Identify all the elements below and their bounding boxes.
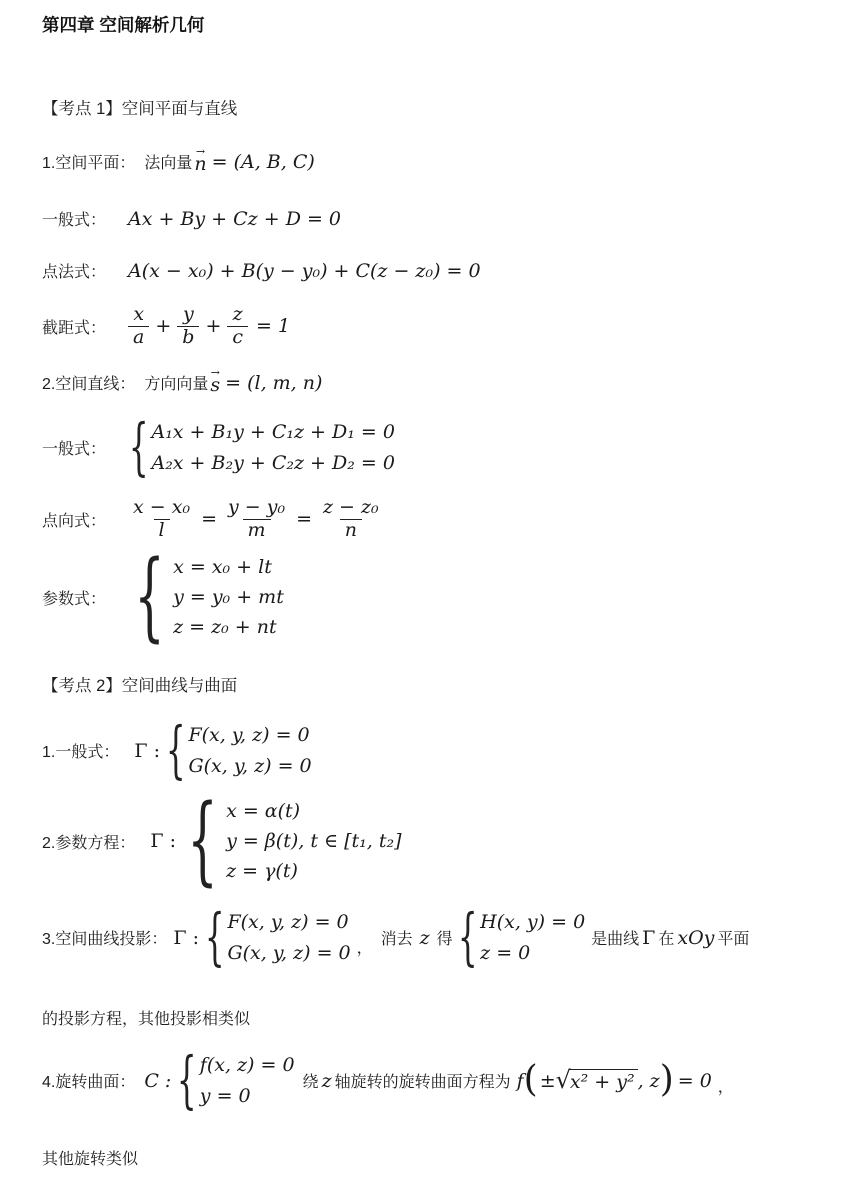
line-lead-text: 2.空间直线： — [42, 371, 135, 394]
numerator: z — [228, 304, 248, 326]
equals-operator: = — [201, 508, 217, 530]
projection-tail-text: 是曲线 — [591, 926, 639, 949]
curve-general-line: 1.一般式： Γ : { F(x, y, z) = 0 G(x, y, z) =… — [42, 724, 312, 777]
plane-lead-text: 1.空间平面： — [42, 150, 135, 173]
rotation-function: f — [517, 1070, 524, 1092]
projection-tail-text: 平面 — [717, 926, 749, 949]
curve-parametric-line: 2.参数方程： Γ : { x = α(t) y = β(t), t ∈ [t₁… — [42, 800, 402, 882]
radicand: x² + y² — [569, 1069, 638, 1093]
equation-1: x = α(t) — [226, 800, 401, 822]
denominator: l — [154, 519, 170, 542]
comma: ， — [357, 935, 373, 958]
equation-1: x = x₀ + lt — [173, 556, 284, 578]
denominator: n — [340, 519, 362, 542]
denominator: a — [128, 326, 149, 349]
numerator: z − z₀ — [318, 497, 384, 519]
line-intro-line: 2.空间直线： 方向向量 → s = (l, m, n) — [42, 371, 322, 395]
rotation-lead-text: 4.旋转曲面： — [42, 1069, 135, 1092]
left-brace: { — [177, 1054, 197, 1107]
xoy-plane-symbol: xOy — [677, 927, 714, 949]
numerator: y − y₀ — [223, 497, 290, 519]
denominator: c — [227, 326, 248, 349]
form-label: 点向式： — [42, 508, 106, 531]
fraction-z: z − z₀ n — [318, 497, 384, 542]
equation-system: { F(x, y, z) = 0 G(x, y, z) = 0 — [204, 911, 351, 964]
vector-rhs: = (l, m, n) — [225, 372, 322, 394]
document-page: 第四章 空间解析几何 【考点 1】空间平面与直线 1.空间平面： 法向量 → n… — [0, 0, 864, 1200]
form-label: 一般式： — [42, 207, 106, 230]
plane-intro-line: 1.空间平面： 法向量 → n = (A, B, C) — [42, 150, 315, 174]
fraction-y: y − y₀ m — [223, 497, 290, 542]
left-brace: { — [129, 421, 149, 474]
fraction-z-c: z c — [227, 304, 248, 349]
numerator: x — [128, 304, 149, 326]
left-brace: { — [458, 911, 478, 964]
denominator: m — [243, 519, 271, 542]
equation-1: f(x, z) = 0 — [200, 1054, 295, 1076]
rotation-mid-text: 绕 — [303, 1069, 319, 1092]
rotation-continuation-line: 其他旋转类似 — [42, 1146, 138, 1169]
equation-3: z = z₀ + nt — [173, 616, 284, 638]
form-label: 截距式： — [42, 315, 106, 338]
chapter-title: 第四章 空间解析几何 — [42, 12, 204, 37]
equation-2: z = 0 — [480, 942, 585, 964]
right-paren: ) — [660, 1066, 674, 1095]
form-label: 参数式： — [42, 586, 106, 609]
equation-2: y = y₀ + mt — [173, 586, 284, 608]
equation-2: G(x, y, z) = 0 — [227, 942, 350, 964]
equation-2: G(x, y, z) = 0 — [188, 755, 311, 777]
plus-operator: + — [155, 315, 171, 337]
equation-2: y = 0 — [200, 1085, 295, 1107]
vector-s: → s — [210, 371, 220, 395]
line-general-form-line: 一般式： { A₁x + B₁y + C₁z + D₁ = 0 A₂x + B₂… — [42, 421, 395, 474]
vector-letter: s — [210, 376, 220, 395]
equation-1: F(x, y, z) = 0 — [188, 724, 311, 746]
eliminate-text: 消去 — [381, 926, 413, 949]
equation-2: A₂x + B₂y + C₂z + D₂ = 0 — [151, 452, 394, 474]
intercept-form-line: 截距式： x a + y b + z c = 1 — [42, 304, 290, 349]
parametric-form-line: 参数式： { x = x₀ + lt y = y₀ + mt z = z₀ + … — [42, 556, 284, 638]
point-normal-form-line: 点法式： A(x − x₀) + B(y − y₀) + C(z − z₀) =… — [42, 259, 481, 282]
left-paren: ( — [524, 1066, 538, 1095]
rotation-line: 4.旋转曲面： C : { f(x, z) = 0 y = 0 绕 z 轴旋转的… — [42, 1054, 738, 1107]
plane-general-form-line: 一般式： Ax + By + Cz + D = 0 — [42, 207, 341, 230]
left-brace: { — [166, 724, 186, 777]
axis-variable: z — [322, 1070, 332, 1092]
equals-operator: = — [296, 508, 312, 530]
fraction-y-b: y b — [177, 304, 199, 349]
equation-system: { A₁x + B₁y + C₁z + D₁ = 0 A₂x + B₂y + C… — [128, 421, 395, 474]
projection-continuation-line: 的投影方程，其他投影相类似 — [42, 1006, 250, 1029]
kp1-heading: 【考点 1】空间平面与直线 — [42, 95, 237, 119]
normal-vector-label: 法向量 — [144, 150, 192, 173]
equation-system: { x = α(t) y = β(t), t ∈ [t₁, t₂] z = γ(… — [181, 800, 402, 882]
form-label: 点法式： — [42, 259, 106, 282]
fraction-x: x − x₀ l — [128, 497, 195, 542]
fraction-x-a: x a — [128, 304, 149, 349]
equation-3: z = γ(t) — [226, 860, 401, 882]
direction-vector-label: 方向向量 — [144, 371, 208, 394]
equation-1: F(x, y, z) = 0 — [227, 911, 350, 933]
left-brace: { — [205, 911, 225, 964]
equation-1: H(x, y) = 0 — [480, 911, 585, 933]
equation-system: { x = x₀ + lt y = y₀ + mt z = z₀ + nt — [128, 556, 284, 638]
curve-c-symbol: C : — [144, 1070, 171, 1092]
curve-set-symbol: Γ : — [173, 927, 199, 949]
curve-lead-text: 2.参数方程： — [42, 830, 135, 853]
projection-lead-text: 3.空间曲线投影： — [42, 926, 167, 949]
projection-line: 3.空间曲线投影： Γ : { F(x, y, z) = 0 G(x, y, z… — [42, 911, 749, 964]
vector-rhs: = (A, B, C) — [212, 151, 315, 173]
obtain-text: 得 — [437, 926, 453, 949]
rotation-rhs: = 0 — [678, 1070, 712, 1092]
equation-2: y = β(t), t ∈ [t₁, t₂] — [226, 830, 401, 852]
equation-system: { f(x, z) = 0 y = 0 — [176, 1054, 294, 1107]
eliminate-variable: z — [420, 927, 430, 949]
curve-set-symbol: Γ : — [150, 830, 176, 852]
plus-minus-sign: ± — [540, 1070, 556, 1092]
left-brace: { — [134, 556, 165, 638]
left-brace: { — [187, 800, 218, 882]
form-label: 一般式： — [42, 436, 106, 459]
rotation-mid-text: 轴旋转的旋转曲面方程为 — [335, 1069, 511, 1092]
numerator: y — [178, 304, 199, 326]
projection-tail-text: 在 — [658, 926, 674, 949]
curve-set-symbol: Γ : — [134, 740, 160, 762]
vector-letter: n — [194, 155, 206, 174]
kp2-heading: 【考点 2】空间曲线与曲面 — [42, 672, 237, 696]
comma: ， — [718, 1074, 734, 1097]
intercept-rhs: = 1 — [256, 315, 290, 337]
equation-system: { F(x, y, z) = 0 G(x, y, z) = 0 — [165, 724, 312, 777]
plus-operator: + — [205, 315, 221, 337]
point-direction-form-line: 点向式： x − x₀ l = y − y₀ m = z − z₀ n — [42, 497, 384, 542]
curve-lead-text: 1.一般式： — [42, 739, 119, 762]
formula-text: Ax + By + Cz + D = 0 — [128, 208, 341, 230]
projection-result-system: { H(x, y) = 0 z = 0 — [457, 911, 585, 964]
denominator: b — [177, 326, 199, 349]
equation-1: A₁x + B₁y + C₁z + D₁ = 0 — [151, 421, 394, 443]
vector-n: → n — [194, 150, 206, 174]
numerator: x − x₀ — [128, 497, 195, 519]
after-radicand: , z — [638, 1070, 660, 1092]
formula-text: A(x − x₀) + B(y − y₀) + C(z − z₀) = 0 — [128, 260, 481, 282]
gamma-symbol: Γ — [642, 927, 655, 949]
